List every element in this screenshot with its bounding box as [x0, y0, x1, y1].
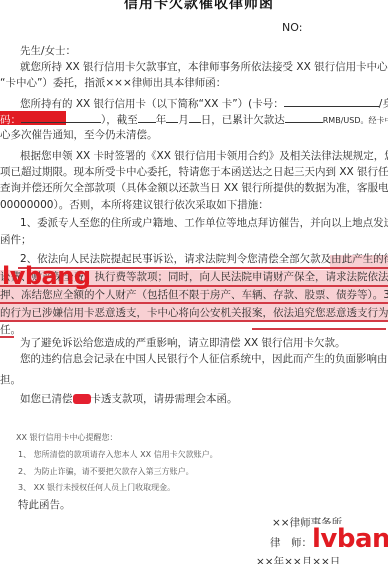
document-number-label: NO:: [282, 21, 302, 34]
red-underline: [0, 336, 14, 338]
paragraph-3-line-2: 项已超过期限。现本所受卡中心委托，特请您于本函送达之日起三天内到 XX 银行任意…: [0, 165, 388, 179]
as-of-label: ），截至: [101, 114, 138, 126]
id-code-label: 码：: [0, 114, 21, 126]
paragraph-3-line-3: 查询并偿还所欠全部款项（具体金额以还款当日 XX 银行所提供的数据为准，客服电话: [0, 181, 388, 195]
paragraph-5-line-1: 您的违约信息会记录在中国人民银行个人征信系统中，因此而产生的负面影响由您本人承: [20, 352, 388, 366]
paragraph-3-line-1: 根据您申领 XX 卡时签署的《XX 银行信用卡领用合约》及相关法律法规规定，您的…: [20, 149, 388, 163]
lawyer-letter-page: 信用卡欠款催收律师函 NO: 先生/女士： 就您所持 XX 银行信用卡欠款事宜，…: [0, 0, 388, 564]
day-arrears-label: 日，已累计欠款达: [201, 114, 285, 126]
card-number-blank: [284, 96, 379, 107]
currency-label: RMB/USD。经卡中: [323, 116, 388, 125]
year-blank: [138, 112, 156, 123]
day-blank: [189, 112, 201, 123]
measure-1-line-2: 函件；: [0, 233, 32, 247]
measure-1-line-1: 1、委派专人至您的住所或户籍地、工作单位等地点拜访催告，并向以上地点发送相关法律: [20, 216, 388, 230]
reminder-item-1: 1、 您所清偿的款项请存入您本人 XX 信用卡欠款账户。: [18, 449, 218, 460]
salutation: 先生/女士：: [20, 44, 76, 58]
measure-3-line-1: 的行为已涉嫌信用卡恶意透支，卡中心将向公安机关报案，依法追究您恶意透支行为的刑事…: [0, 306, 388, 320]
paragraph-1-line-2: “卡中心”）委托，指派×××律师出具本律师函：: [0, 76, 226, 90]
paragraph-5-line-2: 担。: [0, 373, 21, 387]
reminder-title: XX 银行信用卡中心提醒您：: [16, 432, 118, 443]
letter-date: ××年××月××日: [256, 555, 340, 564]
paragraph-4: 为了避免诉讼给您造成的严重影响，请立即清偿 XX 银行信用卡欠款。: [20, 336, 346, 350]
paragraph-3-line-4: 00000000）。否则，本所将建议银行依次采取如下措施：: [0, 198, 269, 212]
month-label: 月: [178, 114, 189, 126]
watermark-logo: lvbang: [2, 262, 91, 290]
year-label: 年: [156, 114, 167, 126]
red-underline: [0, 320, 388, 322]
paragraph-2-line-1: 您所持有的 XX 银行信用卡（以下简称“XX 卡”）(卡号：/身份证号: [20, 96, 388, 111]
paragraph-2-line-3: 心多次催告通知，至今仍未清偿。: [0, 128, 158, 142]
redacted-mark: [73, 394, 91, 404]
month-blank: [166, 112, 178, 123]
id-number-blank: [21, 112, 101, 123]
reminder-item-2: 2、 为防止诈骗，请不要把欠款存入第三方账户。: [18, 466, 194, 477]
paragraph-6-start: 如您已清偿: [20, 393, 73, 405]
watermark-logo-corner: lvbang: [310, 524, 388, 554]
card-intro-text: 您所持有的 XX 银行信用卡（以下简称“XX 卡”）(卡号：: [20, 98, 284, 110]
document-title: 信用卡欠款催收律师函: [124, 0, 274, 13]
paragraph-2-line-2: 码：），截至年月日，已累计欠款达RMB/USD。经卡中: [0, 112, 388, 128]
lawyer-label: 律 师：: [270, 536, 312, 550]
id-number-label: /身份证号: [379, 98, 388, 110]
red-underline: [252, 328, 386, 330]
amount-blank: [285, 112, 323, 123]
paragraph-6-end: 卡透支款项，请毋需理会本函。: [91, 393, 238, 405]
red-underline: [0, 302, 388, 304]
closing-text: 特此函告。: [18, 498, 71, 512]
measure-2-line-3: 押、冻结您应全额的个人财产（包括但不限于房产、车辆、存款、股票、债券等）。3、如…: [0, 288, 388, 302]
reminder-item-3: 3、 XX 银行未授权任何人员上门收取现金。: [18, 482, 175, 493]
measure-3-line-2: 任。: [0, 323, 21, 337]
paragraph-6: 如您已清偿卡透支款项，请毋需理会本函。: [20, 392, 238, 406]
paragraph-1-line-1: 就您所持 XX 银行信用卡欠款事宜，本律师事务所依法接受 XX 银行信用卡中心（…: [20, 60, 388, 74]
